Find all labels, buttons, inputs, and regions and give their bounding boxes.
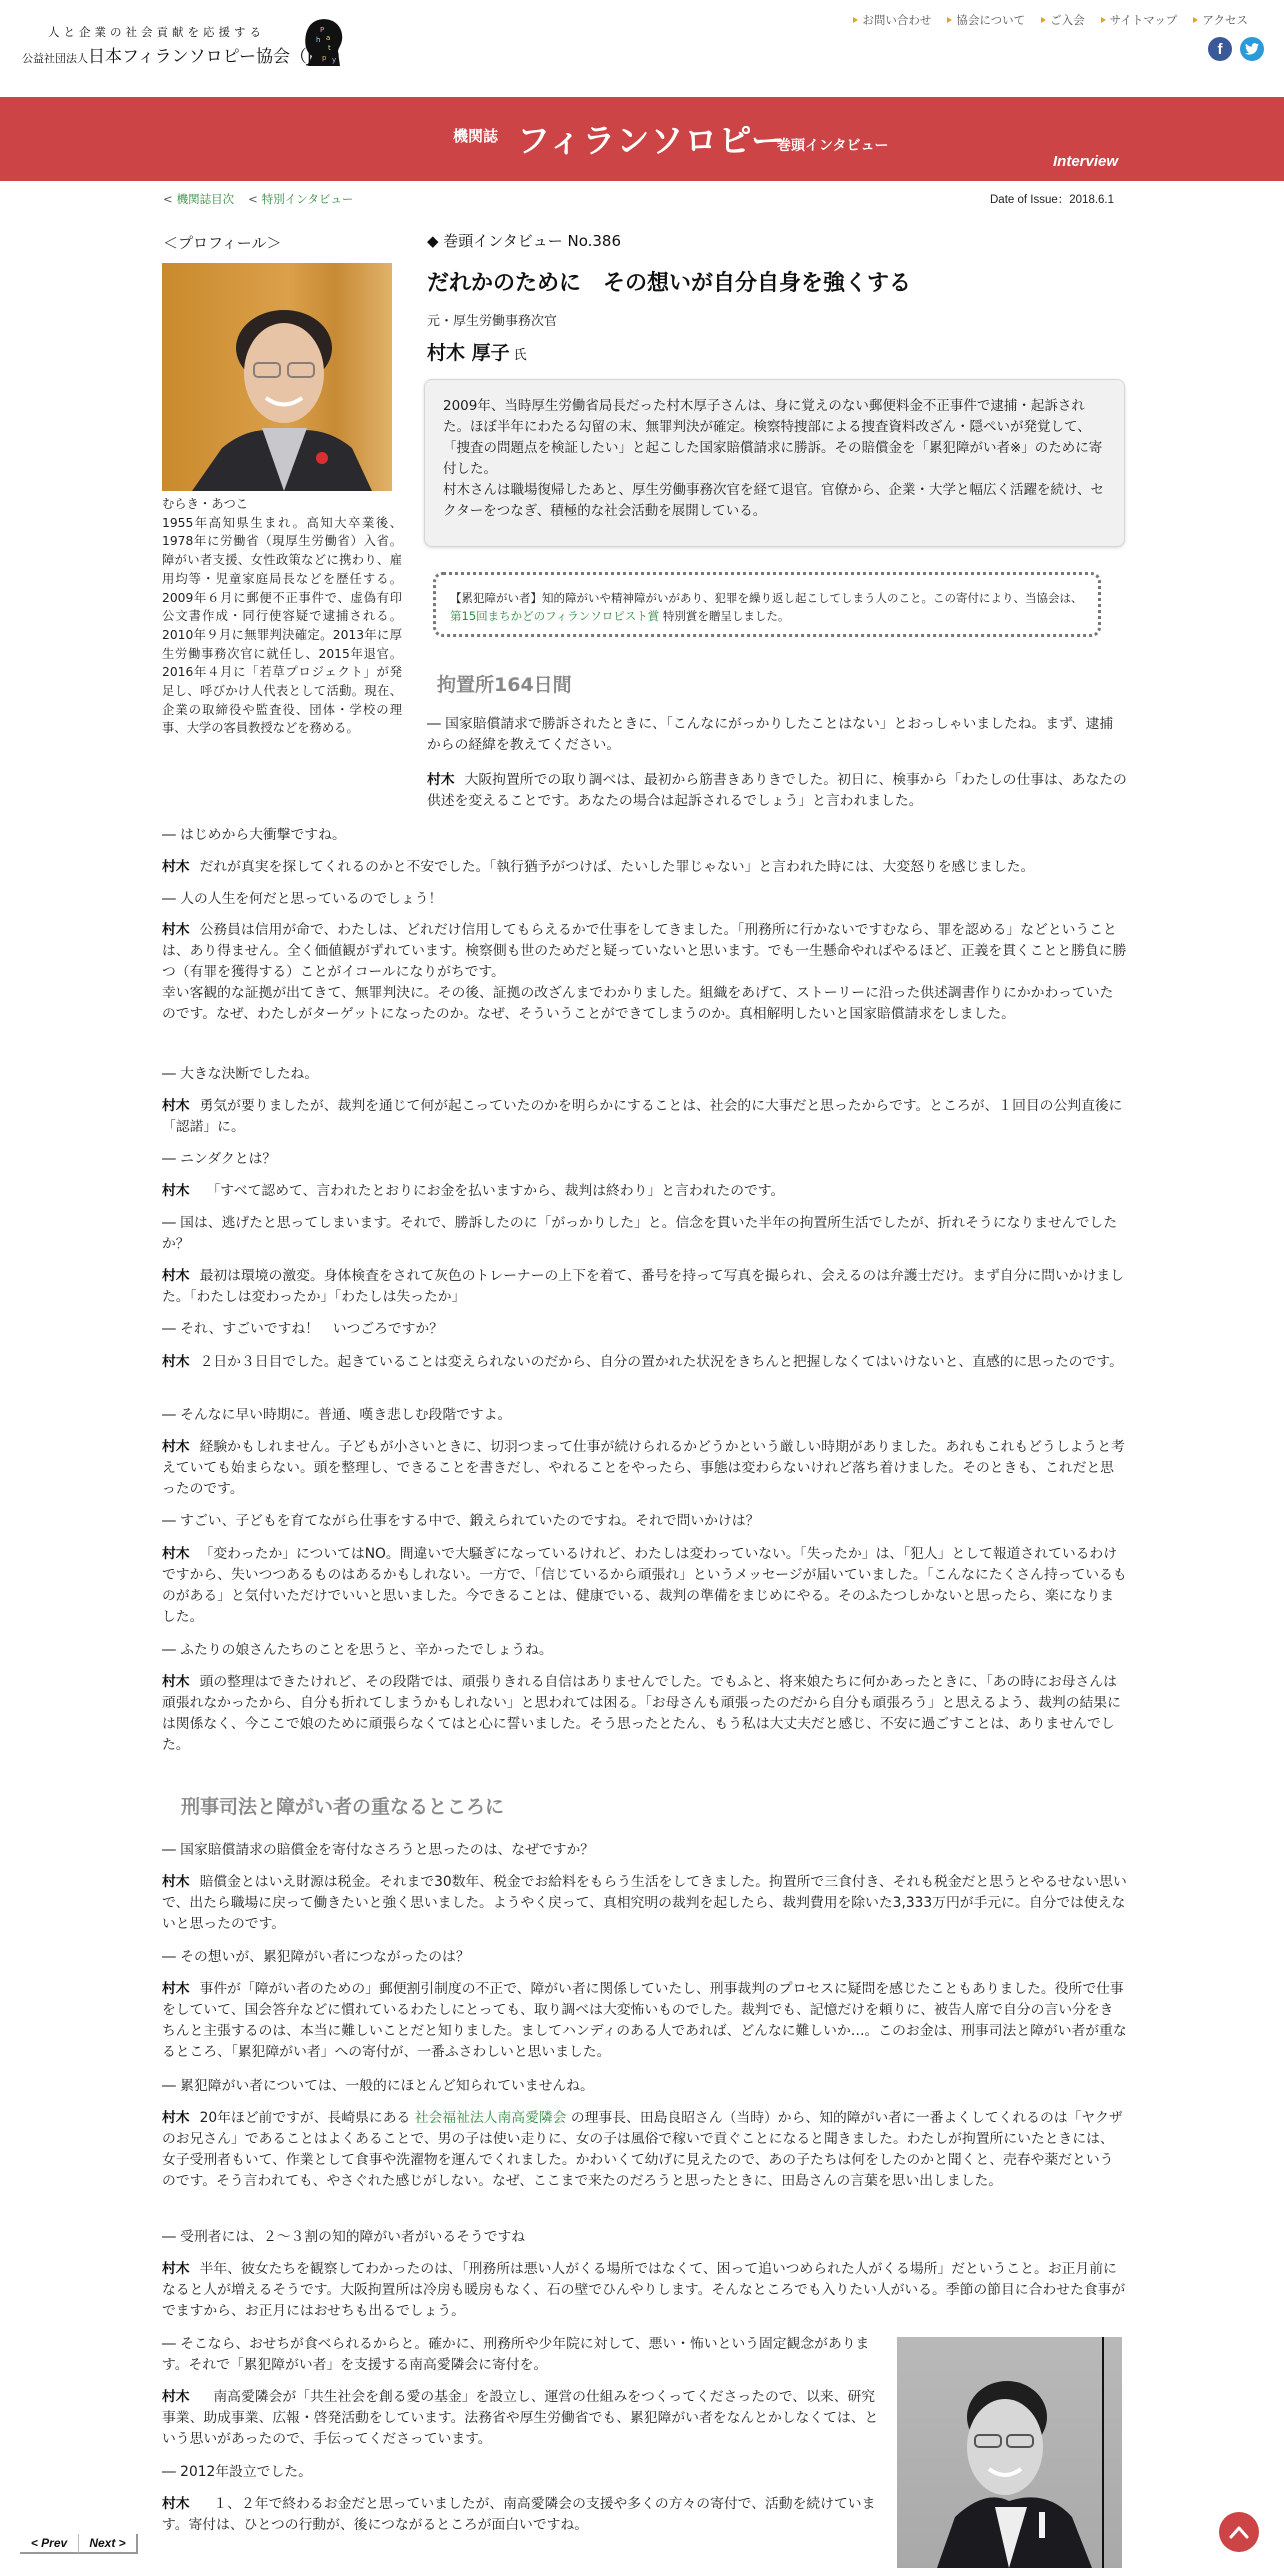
triangle-bullet-icon bbox=[947, 17, 952, 23]
banner-english-label: Interview bbox=[1053, 153, 1118, 170]
next-button[interactable]: Next > bbox=[79, 2534, 138, 2554]
nanko-airinkai-link[interactable]: 社会福祉法人南高愛隣会 bbox=[415, 2110, 567, 2126]
question: ― その想いが、累犯障がい者につながったのは？ bbox=[162, 1947, 1127, 1968]
pagination: < Prev Next > bbox=[20, 2534, 138, 2554]
triangle-bullet-icon bbox=[1041, 17, 1046, 23]
logo-prefix: 公益社団法人 bbox=[22, 52, 88, 65]
magazine-banner: 機関誌 フィランソロピー 巻頭インタビュー Interview bbox=[0, 97, 1284, 181]
answer: 村木だれが真実を探してくれるのかと不安でした。「執行猶予がつけば、たいした罪じゃ… bbox=[162, 857, 1127, 878]
svg-text:a: a bbox=[326, 34, 330, 42]
scroll-to-top-button[interactable] bbox=[1219, 2512, 1259, 2552]
question: ― すごい、子どもを育てながら仕事をする中で、鍛えられていたのですね。それで問い… bbox=[162, 1511, 1127, 1532]
logo-name: 公益社団法人日本フィランソロピー協会（JPA） bbox=[22, 42, 350, 67]
svg-text:y: y bbox=[332, 56, 336, 64]
question: ― そんなに早い時期に。普通、嘆き悲しむ段階ですよ。 bbox=[162, 1405, 1127, 1426]
twitter-icon[interactable] bbox=[1240, 37, 1264, 61]
question: ― 累犯障がい者については、一般的にほとんど知られていませんね。 bbox=[162, 2076, 1127, 2097]
social-links: f bbox=[1208, 37, 1264, 61]
question: ― 受刑者には、２～３割の知的障がい者がいるそうですね bbox=[162, 2227, 1127, 2248]
banner-title: フィランソロピー bbox=[517, 115, 785, 162]
nav-sitemap[interactable]: サイトマップ bbox=[1101, 12, 1178, 28]
profile-bio: むらき・あつこ 1955年高知県生まれ。高知大卒業後、1978年に労働省（現厚生… bbox=[162, 495, 402, 738]
site-logo[interactable]: 人と企業の社会貢献を応援する 公益社団法人日本フィランソロピー協会（JPA） P… bbox=[22, 18, 342, 68]
answer: 村木事件が「障がい者のための」郵便割引制度の不正で、障がい者に関係していたし、刑… bbox=[162, 1979, 1127, 2063]
banner-subtitle: 巻頭インタビュー bbox=[777, 135, 888, 155]
answer: 村木勇気が要りましたが、裁判を通じて何が起こっていたのかを明らかにすることは、社… bbox=[162, 1096, 1127, 1138]
answer: 村木 南高愛隣会が「共生社会を創る愛の基金」を設立し、運営の仕組みをつくってくだ… bbox=[162, 2387, 887, 2450]
answer: 村木経験かもしれません。子どもが小さいときに、切羽つまって仕事が続けられるかどう… bbox=[162, 1437, 1127, 1500]
svg-text:P: P bbox=[320, 26, 324, 34]
twitter-bird-icon bbox=[1245, 43, 1259, 55]
facebook-icon[interactable]: f bbox=[1208, 37, 1232, 61]
question: ― 大きな決断でしたね。 bbox=[162, 1064, 1127, 1085]
answer: 村木頭の整理はできたけれど、その段階では、頑張りきれる自信はありませんでした。で… bbox=[162, 1672, 1127, 1756]
question: ― はじめから大衝撃ですね。 bbox=[162, 825, 1127, 846]
footnote-box: 【累犯障がい者】知的障がいや精神障がいがあり、犯罪を繰り返し起こしてしまう人のこ… bbox=[433, 572, 1101, 637]
interview-photo-bw bbox=[897, 2337, 1122, 2568]
portrait-image-bw bbox=[897, 2337, 1122, 2568]
answer: 村木２日か３日目でした。起きていることは変えられないのだから、自分の置かれた状況… bbox=[162, 1352, 1127, 1373]
award-link[interactable]: 第15回まちかどのフィランソロピスト賞 bbox=[450, 609, 659, 623]
answer-continued: 幸い客観的な証拠が出てきて、無罪判決に。その後、証拠の改ざんまでわかりました。組… bbox=[162, 983, 1127, 1025]
answer: 村木公務員は信用が命で、わたしは、どれだけ信用してもらえるかで仕事をしてきました… bbox=[162, 920, 1127, 983]
date-of-issue: Date of Issue：2018.6.1 bbox=[990, 191, 1114, 207]
triangle-bullet-icon bbox=[1193, 17, 1198, 23]
profile-kana: むらき・あつこ bbox=[162, 495, 402, 514]
question: ― ニンダクとは？ bbox=[162, 1149, 1127, 1170]
nav-access[interactable]: アクセス bbox=[1193, 12, 1248, 28]
question: ― 2012年設立でした。 bbox=[162, 2462, 887, 2483]
question: ― 人の人生を何だと思っているのでしょう！ bbox=[162, 889, 1127, 910]
philanthropy-head-icon: P a h t p y bbox=[302, 18, 348, 68]
profile-photo bbox=[162, 263, 392, 491]
svg-text:h: h bbox=[316, 36, 320, 44]
chevron-up-icon bbox=[1229, 2525, 1249, 2539]
triangle-bullet-icon bbox=[853, 17, 858, 23]
question: ― 国家賠償請求で勝訴されたときに、「こんなにがっかりしたことはない」とおっしゃ… bbox=[427, 714, 1127, 756]
interviewee-name: 村木 厚子氏 bbox=[427, 338, 527, 365]
question: ― そこなら、おせちが食べられるからと。確かに、刑務所や少年院に対して、悪い・怖… bbox=[162, 2334, 887, 2376]
logo-tagline: 人と企業の社会貢献を応援する bbox=[48, 24, 265, 40]
banner-prefix: 機関誌 bbox=[453, 125, 498, 146]
portrait-image bbox=[162, 263, 392, 491]
question: ― それ、すごいですね！ いつごろですか？ bbox=[162, 1319, 1127, 1340]
lead-paragraph-1: 2009年、当時厚生労働省局長だった村木厚子さんは、身に覚えのない郵便料金不正事… bbox=[443, 396, 1106, 480]
nav-about[interactable]: 協会について bbox=[947, 12, 1025, 28]
answer: 村木賠償金とはいえ財源は税金。それまで30数年、税金でお給料をもらう生活をしてき… bbox=[162, 1872, 1127, 1935]
site-header: 人と企業の社会貢献を応援する 公益社団法人日本フィランソロピー協会（JPA） P… bbox=[0, 0, 1284, 97]
nav-join[interactable]: ご入会 bbox=[1041, 12, 1085, 28]
answer: 村木20年ほど前ですが、長崎県にある 社会福祉法人南高愛隣会 の理事長、田島良昭… bbox=[162, 2108, 1127, 2192]
article-title: だれかのために その想いが自分自身を強くする bbox=[427, 266, 911, 297]
profile-bio-text: 1955年高知県生まれ。高知大卒業後、1978年に労働省（現厚生労働省）入省。障… bbox=[162, 514, 402, 738]
breadcrumb-special-interview[interactable]: <特別インタビュー bbox=[248, 191, 353, 207]
profile-heading: ＜プロフィール＞ bbox=[163, 232, 282, 253]
breadcrumb-magazine-index[interactable]: <機関誌目次 bbox=[163, 191, 234, 207]
top-navigation: お問い合わせ 協会について ご入会 サイトマップ アクセス bbox=[853, 12, 1248, 28]
svg-text:p: p bbox=[322, 54, 327, 62]
answer: 村木最初は環境の激変。身体検査をされて灰色のトレーナーの上下を着て、番号を持って… bbox=[162, 1266, 1127, 1308]
section-heading-justice-and-disability: 刑事司法と障がい者の重なるところに bbox=[181, 1792, 504, 1819]
breadcrumb: <機関誌目次 <特別インタビュー bbox=[163, 191, 353, 207]
answer: 村木 「すべて認めて、言われたとおりにお金を払いますから、裁判は終わり」と言われ… bbox=[162, 1181, 1127, 1202]
prev-button[interactable]: < Prev bbox=[20, 2534, 79, 2554]
question: ― ふたりの娘さんたちのことを思うと、辛かったでしょうね。 bbox=[162, 1640, 1127, 1661]
triangle-bullet-icon bbox=[1101, 17, 1106, 23]
answer: 村木半年、彼女たちを観察してわかったのは、「刑務所は悪い人がくる場所ではなくて、… bbox=[162, 2259, 1127, 2322]
answer: 村木 １、２年で終わるお金だと思っていましたが、南高愛隣会の支援や多くの方々の寄… bbox=[162, 2494, 887, 2536]
svg-text:t: t bbox=[328, 44, 331, 52]
nav-contact[interactable]: お問い合わせ bbox=[853, 12, 931, 28]
question: ― 国は、逃げたと思ってしまいます。それで、勝訴したのに「がっかりした」と。信念… bbox=[162, 1213, 1127, 1255]
lead-paragraph-2: 村木さんは職場復帰したあと、厚生労働事務次官を経て退官。官僚から、企業・大学と幅… bbox=[443, 480, 1106, 522]
answer: 村木「変わったか」についてはNO。間違いで大騒ぎになっているけれど、わたしは変わ… bbox=[162, 1544, 1127, 1628]
section-heading-detention: 拘置所164日間 bbox=[437, 670, 572, 697]
interviewee-role: 元・厚生労働事務次官 bbox=[427, 310, 557, 329]
answer: 村木大阪拘置所での取り調べは、最初から筋書きありきでした。初日に、検事から「わた… bbox=[427, 770, 1127, 812]
issue-number: ◆ 巻頭インタビュー No.386 bbox=[427, 230, 621, 251]
lead-summary-box: 2009年、当時厚生労働省局長だった村木厚子さんは、身に覚えのない郵便料金不正事… bbox=[424, 379, 1125, 547]
question: ― 国家賠償請求の賠償金を寄付なさろうと思ったのは、なぜですか？ bbox=[162, 1840, 1127, 1861]
